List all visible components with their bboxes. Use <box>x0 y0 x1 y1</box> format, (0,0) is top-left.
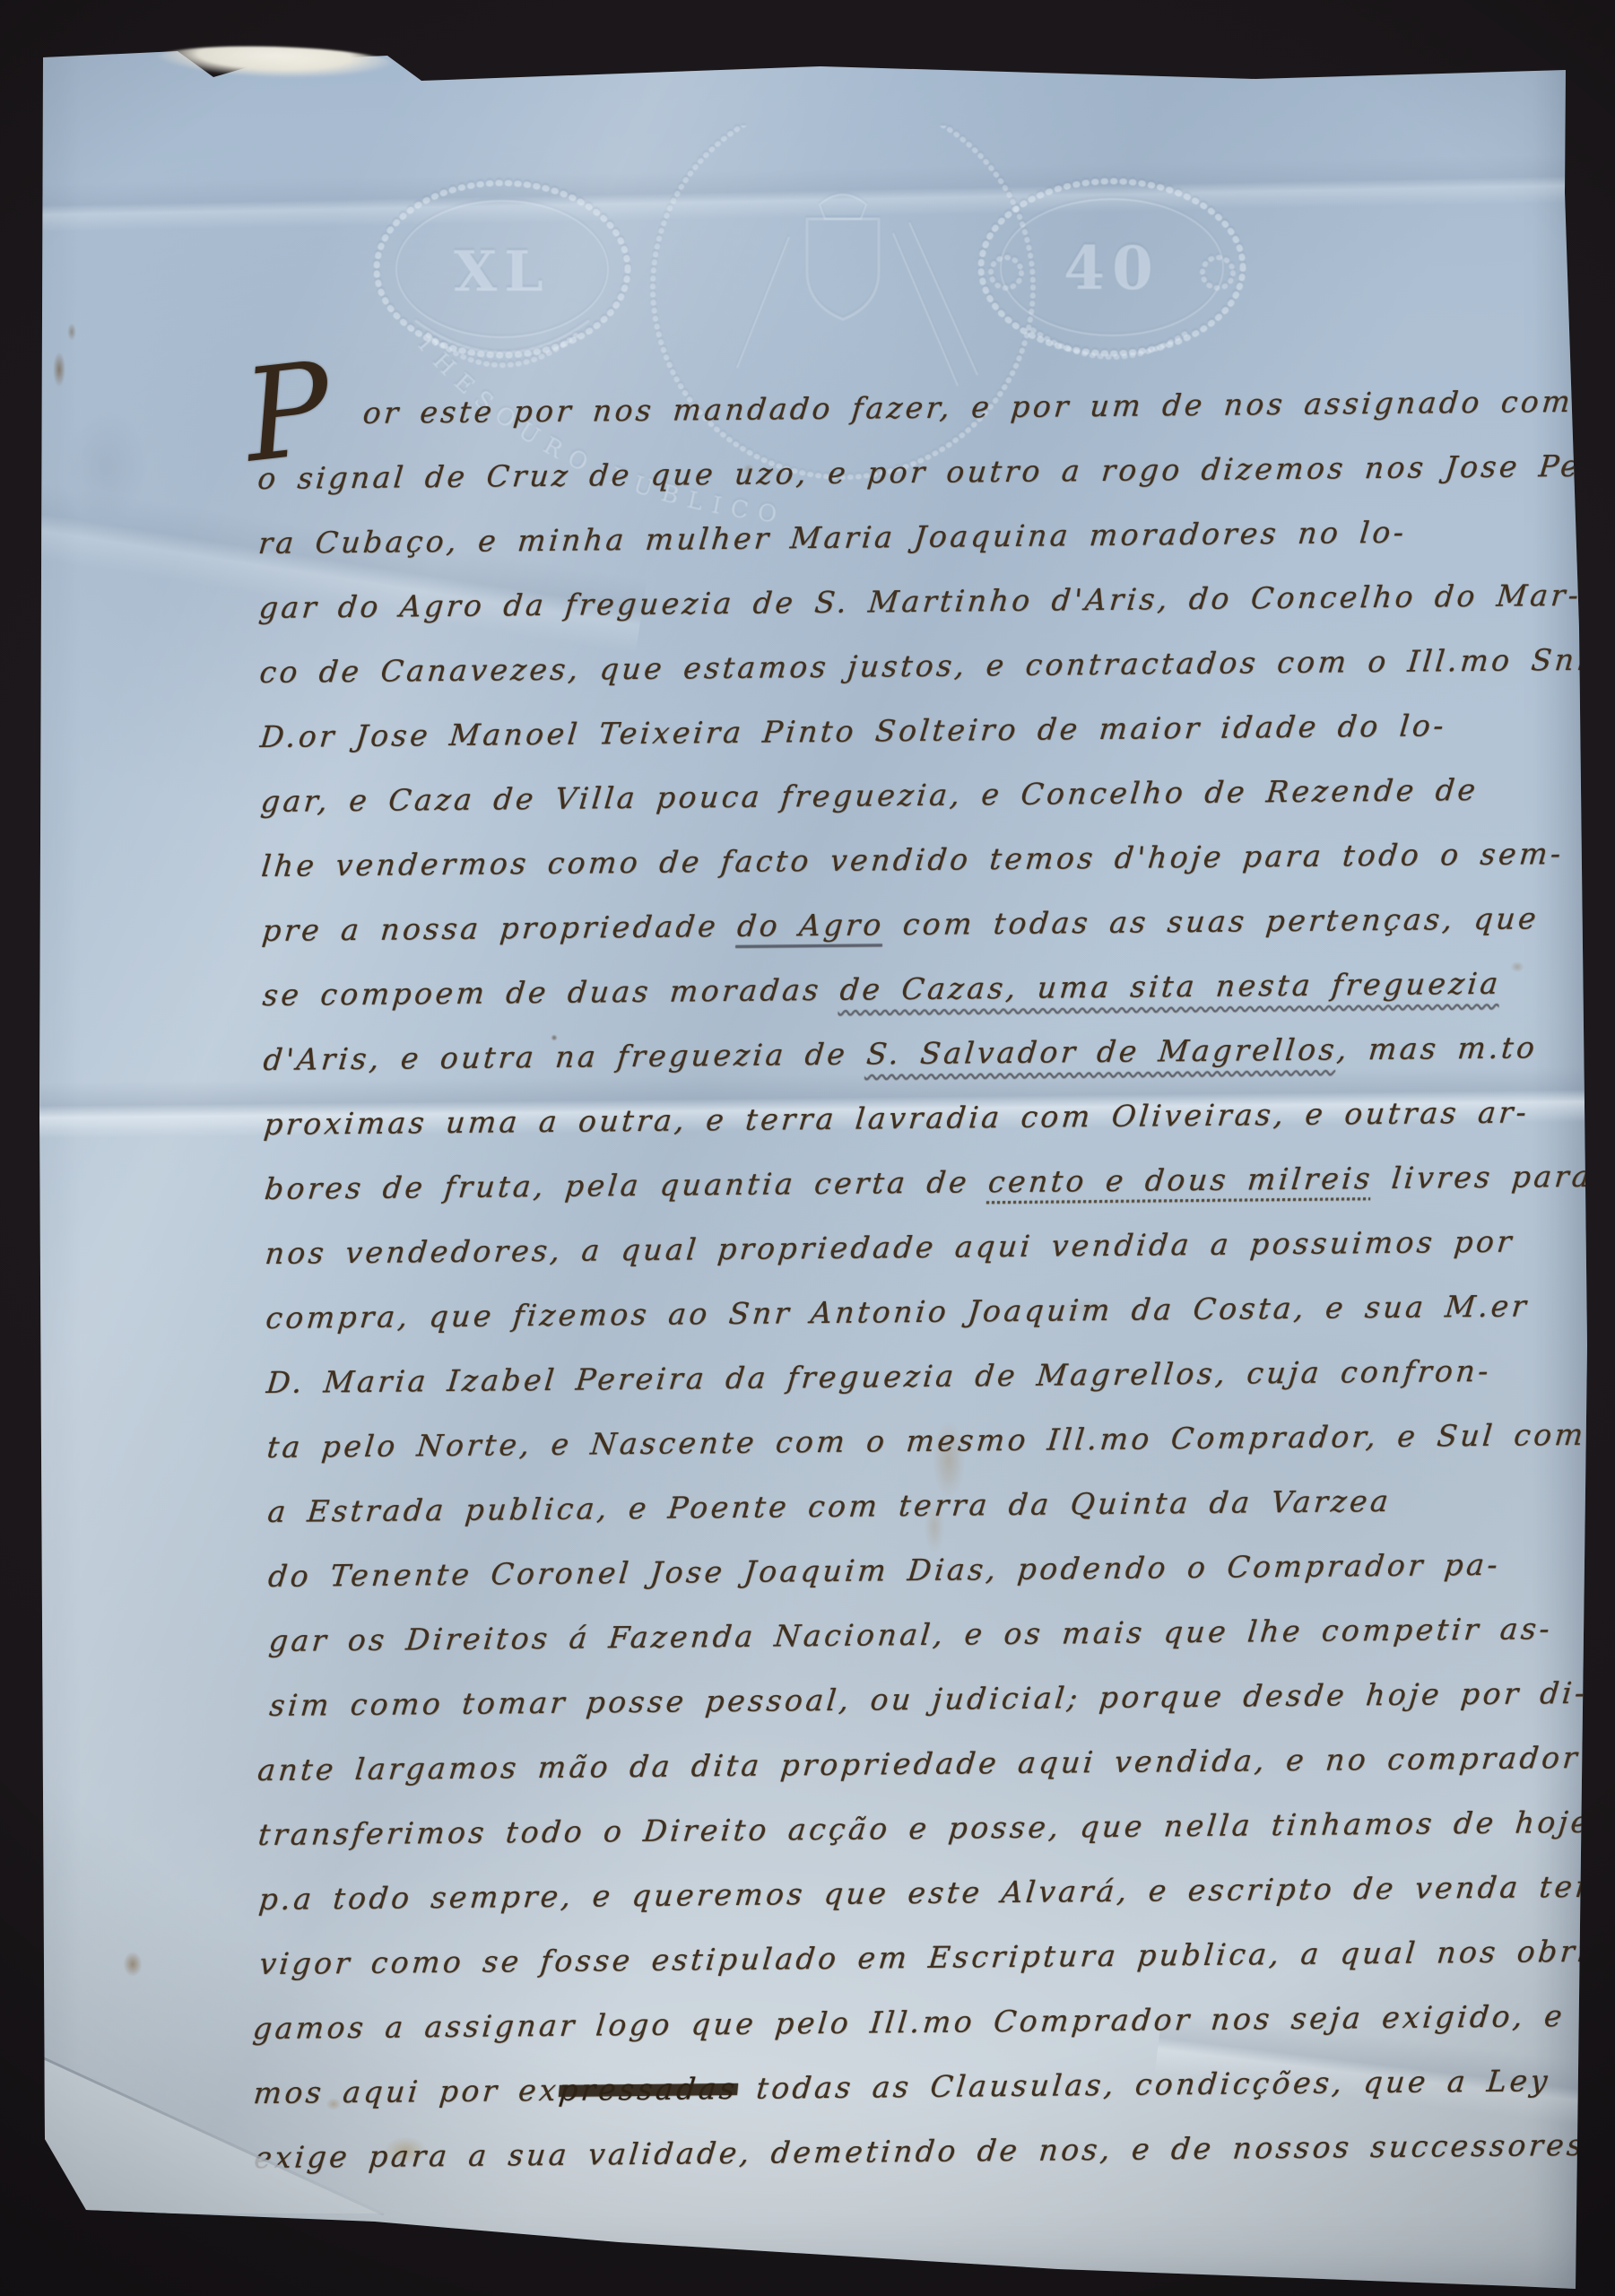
manuscript-segment: mos aqui por ex <box>252 2073 560 2110</box>
manuscript-line: se compoem de duas moradas de Cazas, uma… <box>258 965 1556 1042</box>
manuscript-segment: , mas m.to <box>1335 1030 1539 1066</box>
manuscript-segment: todas as Clausulas, condicções, que a Le… <box>736 2063 1552 2106</box>
manuscript-segment: se compoem de duas moradas <box>261 972 842 1013</box>
manuscript-line: ta pelo Norte, e Nascente com o mesmo Il… <box>263 1417 1560 1494</box>
manuscript-line: d'Aris, e outra na freguezia de S. Salva… <box>259 1030 1557 1107</box>
manuscript-line: gar, e Caza de Villa pouca freguezia, e … <box>256 771 1554 848</box>
manuscript-segment: pressadas <box>558 2071 740 2108</box>
manuscript-line: do Tenente Coronel Jose Joaquim Dias, po… <box>264 1546 1561 1623</box>
manuscript-lines: or este por nos mandado fazer, e por um … <box>256 384 1564 2205</box>
manuscript-line: a Estrada publica, e Poente com terra da… <box>264 1482 1561 1559</box>
stamp-40-value: 40 <box>1064 233 1160 303</box>
manuscript-line: pre a nossa propriedade do Agro com toda… <box>257 900 1555 978</box>
document-paper: XL 40 <box>0 0 1615 2296</box>
manuscript-line: bores de fruta, pela quantia certa de ce… <box>260 1159 1558 1236</box>
manuscript-line: D. Maria Izabel Pereira da freguezia de … <box>262 1352 1559 1430</box>
manuscript-segment: do Agro <box>736 907 886 944</box>
manuscript-line: gar do Agro da freguezia de S. Martinho … <box>255 578 1552 655</box>
stamp-40-oval: 40 <box>981 181 1243 357</box>
manuscript-line: proximas uma a outra, e terra lavradia c… <box>260 1094 1558 1171</box>
manuscript-line: o signal de Cruz de que uzo, e por outro… <box>254 448 1551 526</box>
manuscript-segment: bores de fruta, pela quantia certa de <box>263 1164 990 1206</box>
manuscript-line: or este por nos mandado fazer, e por um … <box>359 384 1550 460</box>
manuscript-segment: cento e dous milreis <box>986 1161 1374 1199</box>
manuscript-line: compra, que fizemos ao Snr Antonio Joaqu… <box>262 1288 1559 1365</box>
manuscript-line: co de Canavezes, que estamos justos, e c… <box>256 642 1553 719</box>
manuscript-line: gar os Direitos á Fazenda Nacional, e os… <box>265 1611 1562 1688</box>
manuscript-text: P or este por nos mandado fazer, e por u… <box>256 384 1564 2205</box>
stamp-xl-oval: XL <box>377 183 628 365</box>
manuscript-segment: livres para <box>1371 1159 1594 1196</box>
manuscript-segment: pre a nossa propriedade <box>261 909 740 948</box>
manuscript-line: ra Cubaço, e minha mulher Maria Joaquina… <box>254 513 1551 590</box>
manuscript-line: exige para a sua validade, demetindo de … <box>250 2127 1567 2205</box>
manuscript-line: D.or Jose Manoel Teixeira Pinto Solteiro… <box>256 707 1553 784</box>
manuscript-segment: com todas as suas pertenças, que <box>882 900 1541 942</box>
manuscript-segment: S. Salvador de Magrellos <box>865 1031 1339 1071</box>
stamp-xl-value: XL <box>454 239 551 304</box>
manuscript-line: lhe vendermos como de facto vendido temo… <box>257 836 1555 913</box>
photo-stage: XL 40 <box>0 0 1615 2296</box>
manuscript-segment: de Cazas, uma sita nesta freguezia <box>838 966 1503 1007</box>
manuscript-segment: d'Aris, e outra na freguezia de <box>262 1036 868 1076</box>
manuscript-line: nos vendedores, a qual propriedade aqui … <box>261 1223 1559 1300</box>
manuscript-line: sim como tomar posse pessoal, ou judicia… <box>265 1675 1563 1752</box>
